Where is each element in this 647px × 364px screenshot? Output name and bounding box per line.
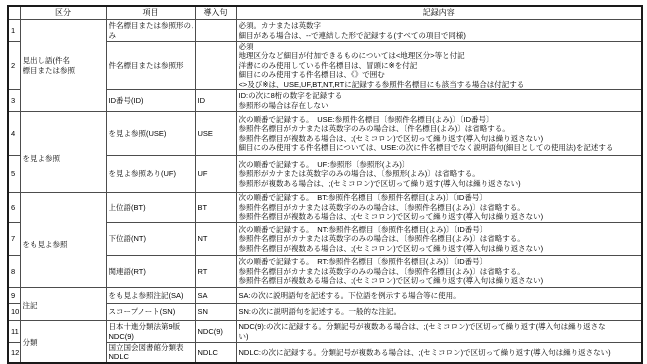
header-item: 項目 (106, 6, 195, 20)
item-cell: 上位語(BT) (106, 193, 195, 223)
row-number: 2 (8, 42, 20, 90)
item-cell: 件名標目または参照形のよみ (106, 20, 195, 42)
item-cell: を見よ参照(USE) (106, 112, 195, 156)
header-corner-cell (8, 6, 20, 20)
intro-phrase-cell: ID (195, 90, 236, 112)
intro-phrase-cell: NDLC (195, 343, 236, 363)
row-number: 6 (8, 193, 20, 223)
item-cell: ID番号(ID) (106, 90, 195, 112)
record-content-cell: SA:の次に説明語句を記述する。下位語を例示する場合等に使用。 (236, 288, 642, 304)
record-content-cell: 必須地理区分など細目が付加できるものについては<地理区分>等と付記洋書にのみ使用… (236, 42, 642, 90)
record-content-cell: 次の順番で記録する。 NT:参照件名標目〔参照件名標目(よみ)〕〔ID番号〕参照… (236, 223, 642, 256)
item-cell: 国立国会図書館分類表NDLC (106, 343, 195, 363)
intro-phrase-cell (195, 20, 236, 42)
intro-phrase-cell: SN (195, 304, 236, 321)
record-format-table: 区分 項目 導入句 記録内容 1 見出し語(件名標目または参照 件名標目または参… (7, 5, 643, 364)
row-number: 11 (8, 321, 20, 343)
header-intro: 導入句 (195, 6, 236, 20)
row-number: 3 (8, 90, 20, 112)
item-cell: を見よ参照あり(UF) (106, 156, 195, 193)
intro-phrase-cell: NT (195, 223, 236, 256)
record-content-cell: 必須。カナまたは英数字細目がある場合は、--で連結した形で記録する(すべての項目… (236, 20, 642, 42)
intro-phrase-cell: NDC(9) (195, 321, 236, 343)
table-row: 1 見出し語(件名標目または参照 件名標目または参照形のよみ 必須。カナまたは英… (8, 20, 642, 42)
record-content-cell: NDC(9):の次に記録する。分類記号が複数ある場合は、;(セミコロン)で区切っ… (236, 321, 642, 343)
category-cell-womo-miyo-sansho: をも見よ参照 (20, 193, 106, 288)
row-number: 8 (8, 256, 20, 288)
record-content-cell: ID:の次に8桁の数字を記録する参照形の場合は存在しない (236, 90, 642, 112)
record-content-cell: 次の順番で記録する。 USE:参照件名標目〔参照件名標目(よみ)〕〔ID番号〕参… (236, 112, 642, 156)
category-cell-miyo-sansho: を見よ参照 (20, 112, 106, 193)
category-cell-midashigo: 見出し語(件名標目または参照 (20, 20, 106, 112)
row-number: 12 (8, 343, 20, 363)
row-number: 1 (8, 20, 20, 42)
header-kubun: 区分 (20, 6, 106, 20)
category-cell-chuki: 注記 (20, 288, 106, 321)
intro-phrase-cell: BT (195, 193, 236, 223)
row-number: 7 (8, 223, 20, 256)
item-cell: をも見よ参照注記(SA) (106, 288, 195, 304)
category-cell-bunrui: 分類 (20, 321, 106, 363)
intro-phrase-cell: SA (195, 288, 236, 304)
item-cell: 関連語(RT) (106, 256, 195, 288)
record-content-cell: 次の順番で記録する。 UF:参照形〔参照形(よみ)〕参照形がカナまたは英数字のみ… (236, 156, 642, 193)
record-content-cell: NDLC:の次に記録する。分類記号が複数ある場合は、;(セミコロン)で区切って繰… (236, 343, 642, 363)
intro-phrase-cell: RT (195, 256, 236, 288)
record-content-cell: 次の順番で記録する。 BT:参照件名標目〔参照件名標目(よみ)〕〔ID番号〕参照… (236, 193, 642, 223)
table-row: 9 注記 をも見よ参照注記(SA) SA SA:の次に説明語句を記述する。下位語… (8, 288, 642, 304)
intro-phrase-cell (195, 42, 236, 90)
header-record: 記録内容 (236, 6, 642, 20)
item-cell: 日本十進分類法第9版NDC(9) (106, 321, 195, 343)
row-number: 9 (8, 288, 20, 304)
item-cell: 件名標目または参照形 (106, 42, 195, 90)
table-row: 11 分類 日本十進分類法第9版NDC(9) NDC(9) NDC(9):の次に… (8, 321, 642, 343)
table-row: 4 を見よ参照 を見よ参照(USE) USE 次の順番で記録する。 USE:参照… (8, 112, 642, 156)
row-number: 4 (8, 112, 20, 156)
header-row: 区分 項目 導入句 記録内容 (8, 6, 642, 20)
item-cell: スコープノート(SN) (106, 304, 195, 321)
record-content-cell: 次の順番で記録する。 RT:参照件名標目〔参照件名標目(よみ)〕〔ID番号〕参照… (236, 256, 642, 288)
intro-phrase-cell: UF (195, 156, 236, 193)
item-cell: 下位語(NT) (106, 223, 195, 256)
record-content-cell: SN:の次に説明語句を記述する。一般的な注記。 (236, 304, 642, 321)
row-number: 5 (8, 156, 20, 193)
table-row: 6 をも見よ参照 上位語(BT) BT 次の順番で記録する。 BT:参照件名標目… (8, 193, 642, 223)
intro-phrase-cell: USE (195, 112, 236, 156)
row-number: 10 (8, 304, 20, 321)
record-format-table-sheet: 区分 項目 導入句 記録内容 1 見出し語(件名標目または参照 件名標目または参… (7, 5, 643, 364)
